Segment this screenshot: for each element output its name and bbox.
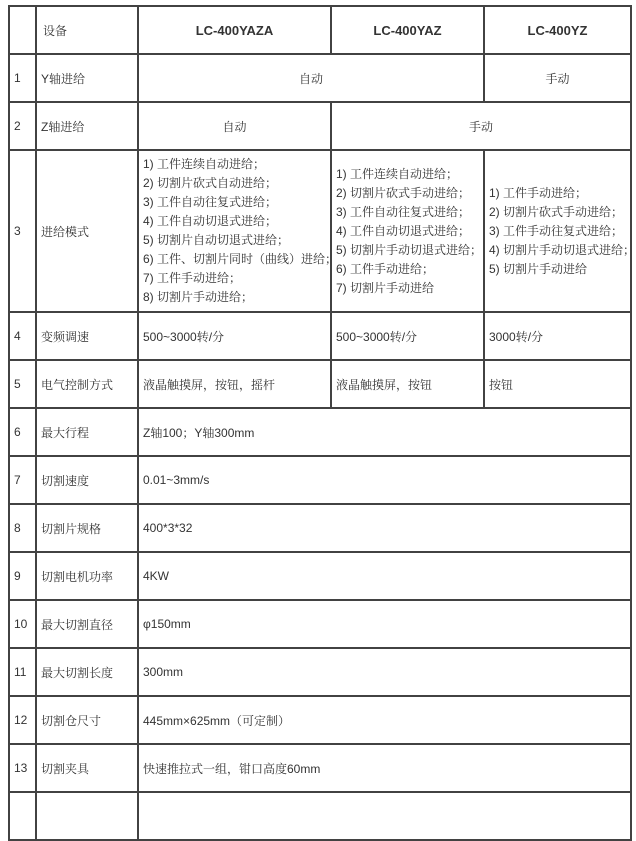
row-index-cell: 7 bbox=[9, 456, 36, 504]
value-cell: 3000转/分 bbox=[484, 312, 631, 360]
value-cell: 400*3*32 bbox=[138, 504, 631, 552]
feed-mode-item: 3) 工件手动往复式进给； bbox=[489, 222, 626, 241]
row-label-cell: Y轴进给 bbox=[36, 54, 138, 102]
feed-mode-item: 4) 工件自动切退式进给； bbox=[143, 212, 326, 231]
feed-mode-item: 8) 切割片手动进给； bbox=[143, 288, 326, 307]
feed-mode-item: 4) 工件自动切退式进给； bbox=[336, 222, 479, 241]
feed-mode-item: 1) 工件连续自动进给； bbox=[336, 165, 479, 184]
table-row: 1Y轴进给自动手动 bbox=[9, 54, 631, 102]
row-label-cell: 最大切割直径 bbox=[36, 600, 138, 648]
value-cell: 液晶触摸屏，按钮，摇杆 bbox=[138, 360, 331, 408]
row-index-cell: 9 bbox=[9, 552, 36, 600]
row-index-cell: 5 bbox=[9, 360, 36, 408]
value-cell: 300mm bbox=[138, 648, 631, 696]
header-index-cell bbox=[9, 6, 36, 54]
value-cell: 445mm×625mm（可定制） bbox=[138, 696, 631, 744]
value-cell: 500~3000转/分 bbox=[331, 312, 484, 360]
table-row: 12切割仓尺寸445mm×625mm（可定制） bbox=[9, 696, 631, 744]
feed-mode-item: 6) 工件手动进给； bbox=[336, 260, 479, 279]
row-label-cell: 切割仓尺寸 bbox=[36, 696, 138, 744]
row-label-cell: 电气控制方式 bbox=[36, 360, 138, 408]
feed-mode-item: 3) 工件自动往复式进给； bbox=[143, 193, 326, 212]
value-cell: 500~3000转/分 bbox=[138, 312, 331, 360]
feed-mode-item: 3) 工件自动往复式进给； bbox=[336, 203, 479, 222]
feed-mode-item: 2) 切割片砍式手动进给； bbox=[336, 184, 479, 203]
row-label-cell: 切割电机功率 bbox=[36, 552, 138, 600]
header-device-cell: 设备 bbox=[36, 6, 138, 54]
row-label-cell: 切割速度 bbox=[36, 456, 138, 504]
feed-mode-item: 6) 工件、切割片同时（曲线）进给； bbox=[143, 250, 326, 269]
value-cell: 0.01~3mm/s bbox=[138, 456, 631, 504]
table-row: 9切割电机功率4KW bbox=[9, 552, 631, 600]
feed-mode-item: 2) 切割片砍式自动进给； bbox=[143, 174, 326, 193]
value-cell: 液晶触摸屏，按钮 bbox=[331, 360, 484, 408]
row-label-cell: 最大切割长度 bbox=[36, 648, 138, 696]
table-row: 3进给模式1) 工件连续自动进给；2) 切割片砍式自动进给；3) 工件自动往复式… bbox=[9, 150, 631, 312]
row-index-cell: 13 bbox=[9, 744, 36, 792]
row-label-cell: 进给模式 bbox=[36, 150, 138, 312]
partial-row bbox=[9, 792, 631, 802]
row-index-cell: 4 bbox=[9, 312, 36, 360]
row-label-cell: 切割夹具 bbox=[36, 744, 138, 792]
row-index-cell: 8 bbox=[9, 504, 36, 552]
feed-mode-item: 1) 工件连续自动进给； bbox=[143, 155, 326, 174]
row-index-cell: 2 bbox=[9, 102, 36, 150]
row-label-cell: Z轴进给 bbox=[36, 102, 138, 150]
value-cell: 按钮 bbox=[484, 360, 631, 408]
value-cell: 手动 bbox=[484, 54, 631, 102]
row-index-cell: 10 bbox=[9, 600, 36, 648]
model-header-lc400yaza: LC-400YAZA bbox=[138, 6, 331, 54]
row-index-cell: 1 bbox=[9, 54, 36, 102]
value-cell: 自动 bbox=[138, 54, 484, 102]
table-row: 2Z轴进给自动手动 bbox=[9, 102, 631, 150]
value-cell: 快速推拉式一组，钳口高度60mm bbox=[138, 744, 631, 792]
value-cell: Z轴100；Y轴300mm bbox=[138, 408, 631, 456]
feed-mode-item: 1) 工件手动进给； bbox=[489, 184, 626, 203]
partial-label-cell bbox=[36, 792, 138, 802]
feed-mode-item: 4) 切割片手动切退式进给； bbox=[489, 241, 626, 260]
feed-mode-item: 7) 切割片手动进给 bbox=[336, 279, 479, 298]
table-row: 8切割片规格400*3*32 bbox=[9, 504, 631, 552]
table-row: 7切割速度0.01~3mm/s bbox=[9, 456, 631, 504]
feed-mode-item: 2) 切割片砍式手动进给； bbox=[489, 203, 626, 222]
feed-mode-item: 5) 切割片手动切退式进给； bbox=[336, 241, 479, 260]
row-label-cell: 变频调速 bbox=[36, 312, 138, 360]
header-row: 设备 LC-400YAZA LC-400YAZ LC-400YZ bbox=[9, 6, 631, 54]
feed-mode-item: 5) 切割片手动进给 bbox=[489, 260, 626, 279]
feed-mode-item: 7) 工件手动进给； bbox=[143, 269, 326, 288]
feed-mode-list-cell: 1) 工件手动进给；2) 切割片砍式手动进给；3) 工件手动往复式进给；4) 切… bbox=[484, 150, 631, 312]
row-index-cell: 11 bbox=[9, 648, 36, 696]
model-header-lc400yaz: LC-400YAZ bbox=[331, 6, 484, 54]
value-cell: 4KW bbox=[138, 552, 631, 600]
feed-mode-list-cell: 1) 工件连续自动进给；2) 切割片砍式手动进给；3) 工件自动往复式进给；4)… bbox=[331, 150, 484, 312]
table-row: 10最大切割直径φ150mm bbox=[9, 600, 631, 648]
spec-table: 设备 LC-400YAZA LC-400YAZ LC-400YZ 1Y轴进给自动… bbox=[8, 5, 632, 802]
partial-value-cell bbox=[138, 792, 631, 802]
value-cell: 手动 bbox=[331, 102, 631, 150]
table-row: 4变频调速500~3000转/分500~3000转/分3000转/分 bbox=[9, 312, 631, 360]
model-header-lc400yz: LC-400YZ bbox=[484, 6, 631, 54]
value-cell: φ150mm bbox=[138, 600, 631, 648]
table-row: 11最大切割长度300mm bbox=[9, 648, 631, 696]
feed-mode-list-cell: 1) 工件连续自动进给；2) 切割片砍式自动进给；3) 工件自动往复式进给；4)… bbox=[138, 150, 331, 312]
table-row: 13切割夹具快速推拉式一组，钳口高度60mm bbox=[9, 744, 631, 792]
table-row: 6最大行程Z轴100；Y轴300mm bbox=[9, 408, 631, 456]
row-index-cell: 6 bbox=[9, 408, 36, 456]
value-cell: 自动 bbox=[138, 102, 331, 150]
row-index-cell: 12 bbox=[9, 696, 36, 744]
row-label-cell: 切割片规格 bbox=[36, 504, 138, 552]
row-index-cell: 3 bbox=[9, 150, 36, 312]
table-body: 1Y轴进给自动手动2Z轴进给自动手动3进给模式1) 工件连续自动进给；2) 切割… bbox=[9, 54, 631, 802]
feed-mode-item: 5) 切割片自动切退式进给； bbox=[143, 231, 326, 250]
table-row: 5电气控制方式液晶触摸屏，按钮，摇杆液晶触摸屏，按钮按钮 bbox=[9, 360, 631, 408]
partial-index-cell bbox=[9, 792, 36, 802]
row-label-cell: 最大行程 bbox=[36, 408, 138, 456]
